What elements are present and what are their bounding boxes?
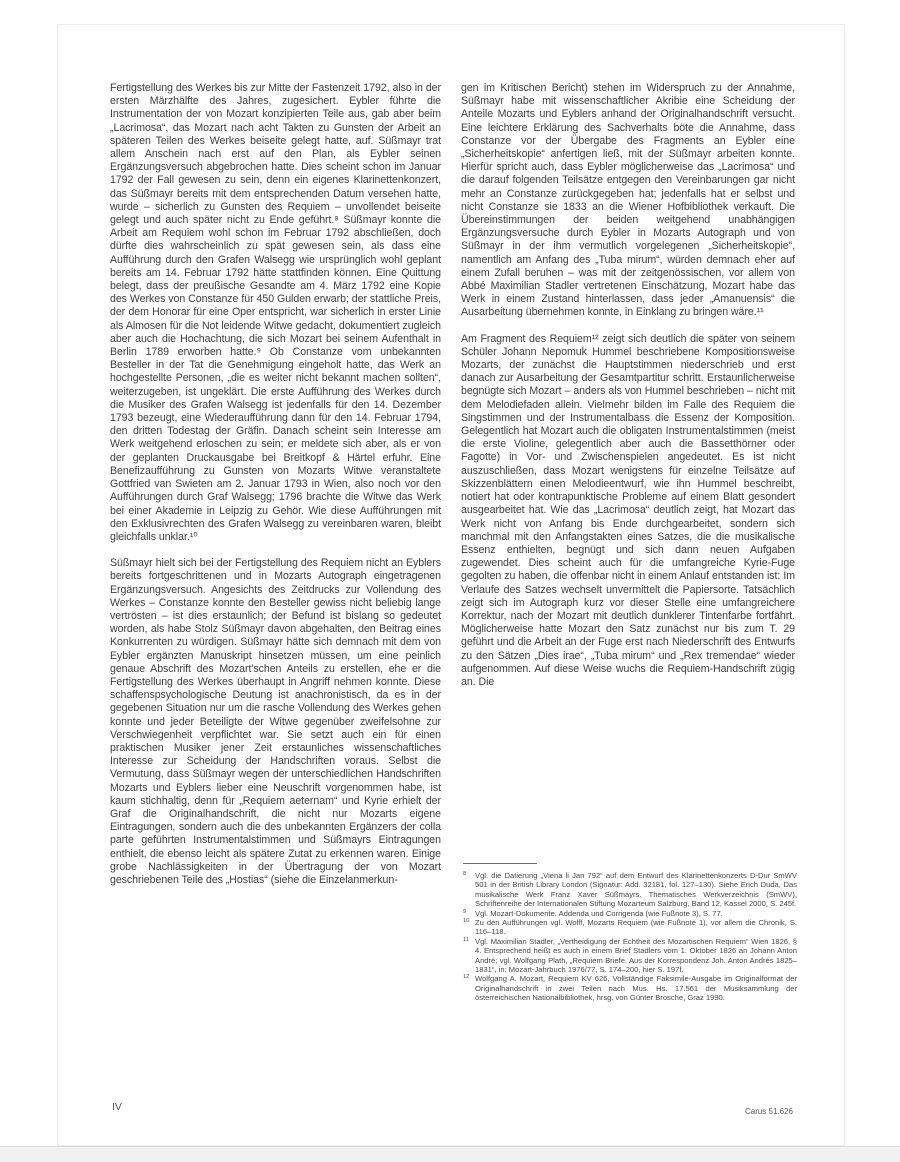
footnote-item: 12 Wolfgang A. Mozart, Requiem KV 626, V… bbox=[461, 974, 797, 1002]
body-paragraph: gen im Kritischen Bericht) stehen im Wid… bbox=[461, 82, 795, 320]
footnote-item: 10 Zu den Aufführungen vgl. Wolff, Mozar… bbox=[461, 918, 797, 937]
footnote-text: Vgl. Maximilian Stadler, „Vertheidigung … bbox=[475, 937, 797, 975]
footnote-marker: 12 bbox=[461, 973, 475, 982]
scanned-document: Fertigstellung des Werkes bis zur Mitte … bbox=[0, 0, 900, 1162]
footnote-marker: 10 bbox=[461, 917, 475, 926]
footnote-marker: 11 bbox=[461, 936, 475, 945]
footnote-item: 8 Vgl. die Datierung „Viena li Jan 792“ … bbox=[461, 871, 797, 909]
document-page: Fertigstellung des Werkes bis zur Mitte … bbox=[57, 24, 845, 1146]
footnote-text: Wolfgang A. Mozart, Requiem KV 626, Voll… bbox=[475, 974, 797, 1002]
publisher-code: Carus 51.626 bbox=[745, 1107, 793, 1116]
footnote-item: 11 Vgl. Maximilian Stadler, „Vertheidigu… bbox=[461, 937, 797, 975]
body-paragraph: Fertigstellung des Werkes bis zur Mitte … bbox=[110, 82, 441, 544]
footnote-text: Zu den Aufführungen vgl. Wolff, Mozarts … bbox=[475, 918, 797, 937]
footnote-marker: 9 bbox=[461, 908, 475, 917]
footnote-marker: 8 bbox=[461, 870, 475, 879]
page-number: IV bbox=[112, 1101, 122, 1113]
text-column-right: gen im Kritischen Bericht) stehen im Wid… bbox=[461, 82, 795, 702]
scan-edge-shadow bbox=[0, 1146, 900, 1162]
footnote-text: Vgl. die Datierung „Viena li Jan 792“ au… bbox=[475, 871, 797, 909]
footnote-section: 8 Vgl. die Datierung „Viena li Jan 792“ … bbox=[461, 863, 797, 1003]
text-column-left: Fertigstellung des Werkes bis zur Mitte … bbox=[110, 82, 441, 900]
body-paragraph: Am Fragment des Requiem¹² zeigt sich deu… bbox=[461, 333, 795, 689]
footnote-item: 9 Vgl. Mozart-Dokumente. Addenda und Cor… bbox=[461, 909, 797, 918]
footnote-separator-rule bbox=[463, 863, 537, 864]
footnote-text: Vgl. Mozart-Dokumente. Addenda und Corri… bbox=[475, 909, 797, 918]
body-paragraph: Süßmayr hielt sich bei der Fertigstellun… bbox=[110, 557, 441, 887]
